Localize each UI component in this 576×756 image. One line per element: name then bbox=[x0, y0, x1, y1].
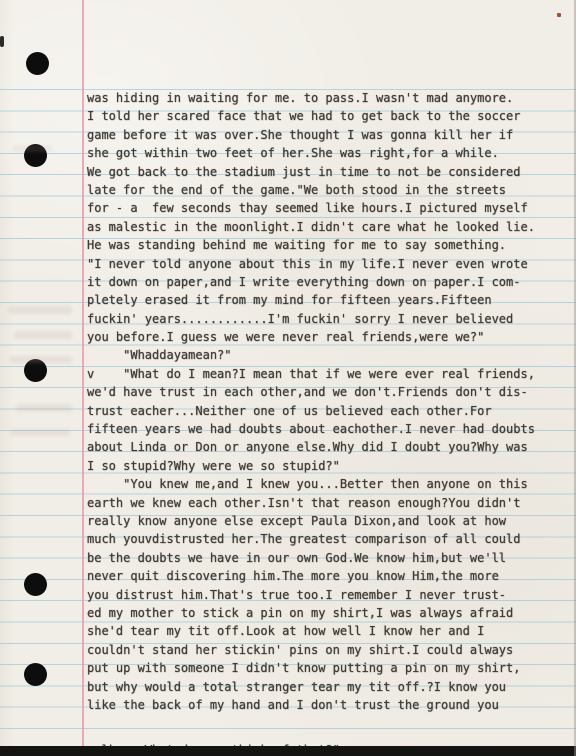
typed-line: you distrust him.That's true too.I remem… bbox=[87, 586, 557, 604]
typed-line: she'd tear my tit off.Look at how well I… bbox=[87, 622, 557, 640]
typed-line: it down on paper,and I write everything … bbox=[87, 273, 557, 291]
typed-line: really know anyone else except Paula Dix… bbox=[87, 512, 557, 530]
typed-line: you before.I guess we were never real fr… bbox=[87, 328, 557, 346]
ink-bleed-smudge bbox=[8, 306, 72, 314]
punch-hole bbox=[24, 573, 47, 596]
ink-bleed-smudge bbox=[10, 429, 70, 436]
typed-line: ed my mother to stick a pin on my shirt,… bbox=[87, 604, 557, 622]
typed-line: was hiding in waiting for me. to pass.I … bbox=[87, 89, 557, 107]
typed-line: pletely erased it from my mind for fifte… bbox=[87, 291, 557, 309]
typed-line: "I never told anyone about this in my li… bbox=[87, 255, 557, 273]
typed-line: we'd have trust in each other,and we don… bbox=[87, 383, 557, 401]
ink-bleed-smudge bbox=[10, 356, 72, 363]
typed-line: late for the end of the game."We both st… bbox=[87, 181, 557, 199]
typed-line: trust eacher...Neither one of us believe… bbox=[87, 402, 557, 420]
typed-line: v "What do I mean?I mean that if we were… bbox=[87, 365, 557, 383]
typed-line: like the back of my hand and I don't tru… bbox=[87, 696, 557, 714]
typed-line: "You knew me,and I knew you...Better the… bbox=[87, 475, 557, 493]
typed-line: I so stupid?Why were we so stupid?" bbox=[87, 457, 557, 475]
scan-speck bbox=[557, 13, 561, 17]
scanned-page: was hiding in waiting for me. to pass.I … bbox=[0, 0, 576, 756]
typed-line: We got back to the stadium just in time … bbox=[87, 163, 557, 181]
typed-line: as malestic in the moonlight.I didn't ca… bbox=[87, 218, 557, 236]
margin-line bbox=[82, 0, 84, 746]
typed-line: earth we knew each other.Isn't that reas… bbox=[87, 494, 557, 512]
typed-line: He was standing behind me waiting for me… bbox=[87, 236, 557, 254]
punch-hole bbox=[24, 663, 47, 686]
typed-line: "Whaddayamean?" bbox=[87, 346, 557, 364]
typed-line: fifteen years we had doubts about eachot… bbox=[87, 420, 557, 438]
typed-line: fuckin' years............I'm fuckin' sor… bbox=[87, 310, 557, 328]
typed-line: I told her scared face that we had to ge… bbox=[87, 107, 557, 125]
typed-line: much youvdistrusted her.The greatest com… bbox=[87, 530, 557, 548]
typed-line: about Linda or Don or anyone else.Why di… bbox=[87, 438, 557, 456]
typed-line: be the doubts we have in our own God.We … bbox=[87, 549, 557, 567]
typed-line: she got within two feet of her.She was r… bbox=[87, 144, 557, 162]
ink-bleed-smudge bbox=[16, 404, 72, 412]
punch-hole bbox=[26, 52, 49, 75]
scan-bottom-bar bbox=[0, 746, 576, 756]
typed-line: never quit discovering him.The more you … bbox=[87, 567, 557, 585]
typed-line: game before it was over.She thought I wa… bbox=[87, 126, 557, 144]
typed-text-block: was hiding in waiting for me. to pass.I … bbox=[87, 89, 557, 756]
typed-line: for - a few seconds thay seemed like hou… bbox=[87, 199, 557, 217]
typed-line bbox=[87, 714, 557, 732]
ink-bleed-smudge bbox=[12, 145, 52, 152]
typed-line: put up with someone I didn't know puttin… bbox=[87, 659, 557, 677]
ink-bleed-smudge bbox=[14, 331, 72, 339]
typed-line: but why would a total stranger tear my t… bbox=[87, 678, 557, 696]
typed-line: couldn't stand her stickin' pins on my s… bbox=[87, 641, 557, 659]
scan-speck bbox=[0, 36, 4, 47]
